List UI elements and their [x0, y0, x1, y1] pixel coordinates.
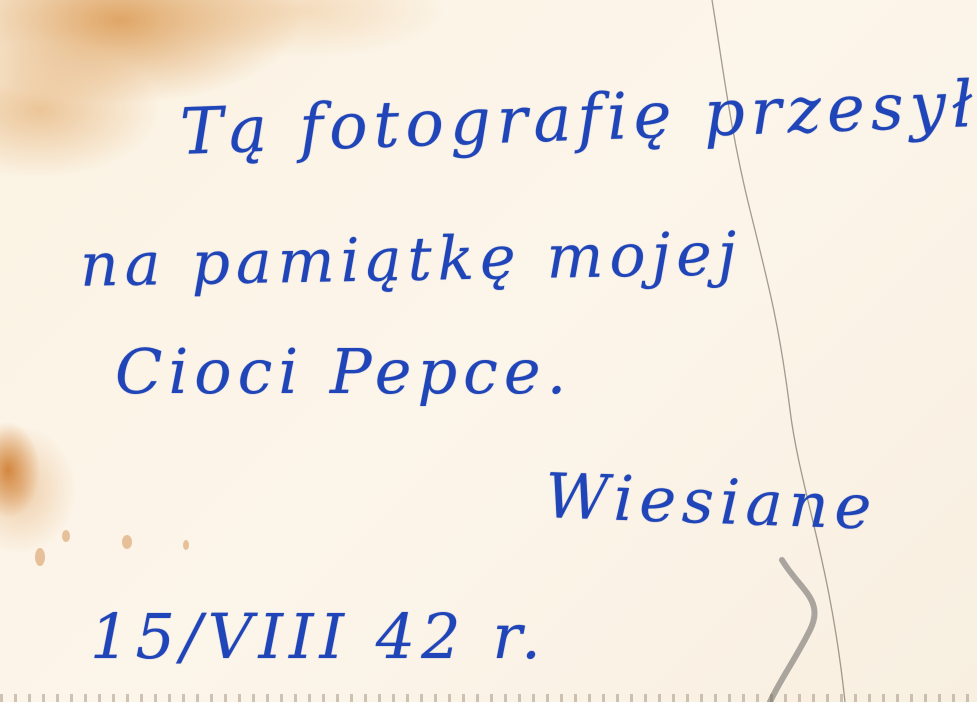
deckled-edge [0, 694, 977, 702]
photo-back-card: Tą fotografię przesyłam na pamiątkę moje… [0, 0, 977, 702]
stain-speck [35, 548, 45, 566]
signature: Wiesiane [544, 459, 879, 544]
stain-speck [183, 540, 189, 550]
note-line-3: Cioci Pepce. [115, 335, 572, 408]
note-line-1: Tą fotografię przesyłam [179, 64, 977, 170]
stain-speck [62, 530, 70, 542]
note-line-2: na pamiątkę mojej [79, 219, 742, 301]
date: 15/VIII 42 r. [90, 600, 547, 673]
stain-speck [122, 535, 132, 549]
